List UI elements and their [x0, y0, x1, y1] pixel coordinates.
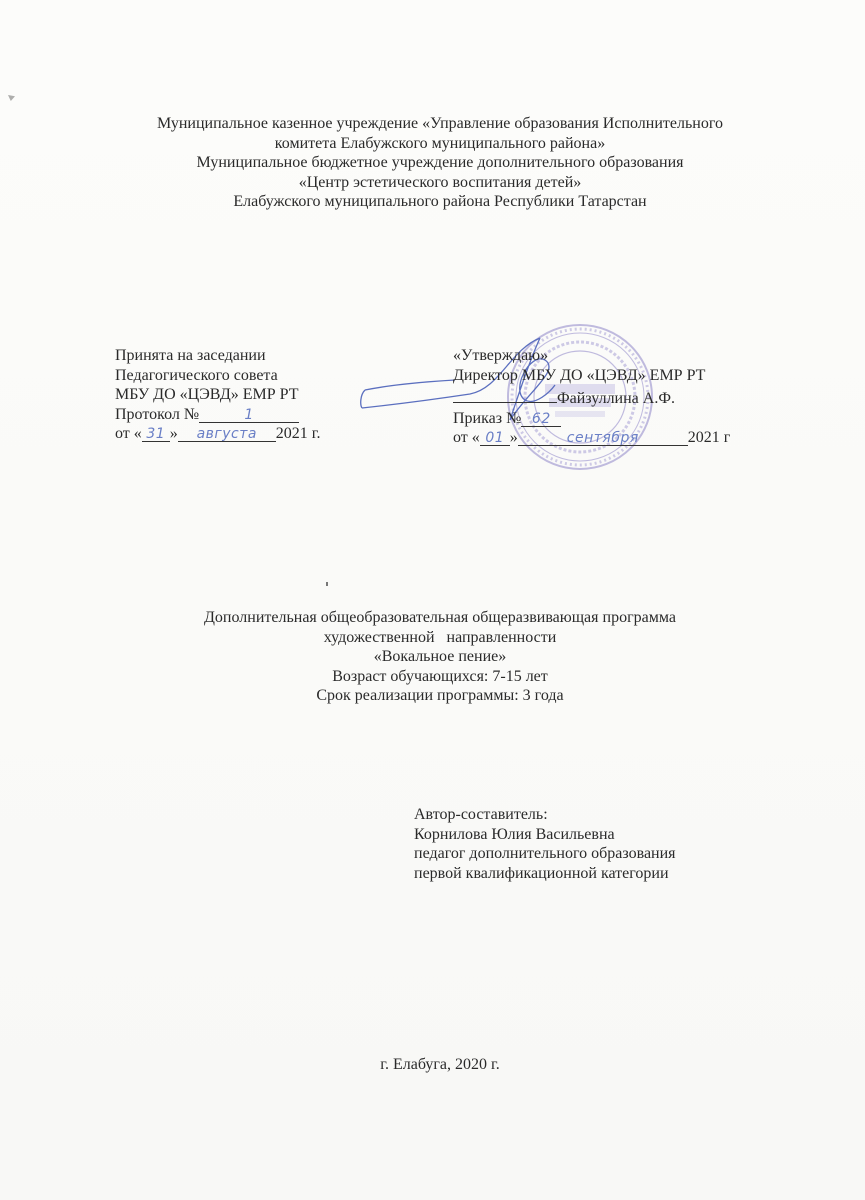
order-label: Приказ № — [453, 410, 521, 427]
date-suffix: 2021 г. — [276, 425, 321, 442]
program-line: художественной направленности — [170, 628, 710, 648]
document-page: Муниципальное казенное учреждение «Управ… — [0, 0, 865, 1200]
approval-left-line: Принята на заседании — [115, 346, 321, 366]
approval-right-line: Директор МБУ ДО «ЦЭВД» ЕМР РТ — [453, 366, 730, 386]
header-line: «Центр эстетического воспитания детей» — [130, 173, 750, 193]
program-line: Возраст обучающихся: 7-15 лет — [170, 667, 710, 687]
signatory-name: Файзуллина А.Ф. — [557, 390, 675, 407]
order-date-row: от «01»сентября2021 г — [453, 428, 730, 448]
author-position: педагог дополнительного образования — [414, 844, 676, 864]
protocol-number: 1 — [244, 407, 253, 423]
approval-left-line: МБУ ДО «ЦЭВД» ЕМР РТ — [115, 385, 321, 405]
header-line: комитета Елабужского муниципального райо… — [130, 134, 750, 154]
date-month: августа — [197, 426, 257, 442]
protocol-date-row: от «31»августа2021 г. — [115, 424, 321, 444]
approval-right-line: «Утверждаю» — [453, 346, 730, 366]
date-month-field: августа — [178, 424, 276, 442]
date-mid: » — [170, 425, 178, 442]
program-line: «Вокальное пение» — [170, 647, 710, 667]
protocol-number-field: 1 — [199, 405, 299, 423]
header-line: Муниципальное бюджетное учреждение допол… — [130, 153, 750, 173]
date-suffix: 2021 г — [688, 429, 731, 446]
approval-right-block: «Утверждаю» Директор МБУ ДО «ЦЭВД» ЕМР Р… — [453, 346, 730, 448]
order-number: 62 — [532, 411, 551, 427]
author-label: Автор-составитель: — [414, 805, 676, 825]
author-name: Корнилова Юлия Васильевна — [414, 825, 676, 845]
program-line: Срок реализации программы: 3 года — [170, 686, 710, 706]
place-year-footer: г. Елабуга, 2020 г. — [330, 1055, 550, 1075]
date-prefix: от « — [115, 425, 142, 442]
date-day-field: 01 — [480, 428, 510, 446]
date-day: 31 — [146, 426, 165, 442]
protocol-label: Протокол № — [115, 406, 199, 423]
author-category: первой квалификационной категории — [414, 864, 676, 884]
date-prefix: от « — [453, 429, 480, 446]
scan-artifact — [326, 582, 328, 586]
order-number-field: 62 — [521, 409, 561, 427]
scan-artifact — [8, 95, 15, 101]
protocol-row: Протокол №1 — [115, 405, 321, 425]
signature-field — [453, 385, 557, 403]
header-line: Муниципальное казенное учреждение «Управ… — [130, 114, 750, 134]
order-row: Приказ №62 — [453, 409, 730, 429]
approval-left-line: Педагогического совета — [115, 366, 321, 386]
date-month: сентября — [567, 430, 639, 446]
approval-left-block: Принята на заседании Педагогического сов… — [115, 346, 321, 444]
date-day-field: 31 — [142, 424, 170, 442]
date-mid: » — [510, 429, 518, 446]
date-day: 01 — [485, 430, 504, 446]
program-line: Дополнительная общеобразовательная общер… — [170, 608, 710, 628]
author-block: Автор-составитель: Корнилова Юлия Василь… — [414, 805, 676, 883]
signatory-row: Файзуллина А.Ф. — [453, 385, 730, 409]
institution-header: Муниципальное казенное учреждение «Управ… — [130, 114, 750, 212]
date-month-field: сентября — [518, 428, 688, 446]
program-title-block: Дополнительная общеобразовательная общер… — [170, 608, 710, 706]
header-line: Елабужского муниципального района Респуб… — [130, 192, 750, 212]
